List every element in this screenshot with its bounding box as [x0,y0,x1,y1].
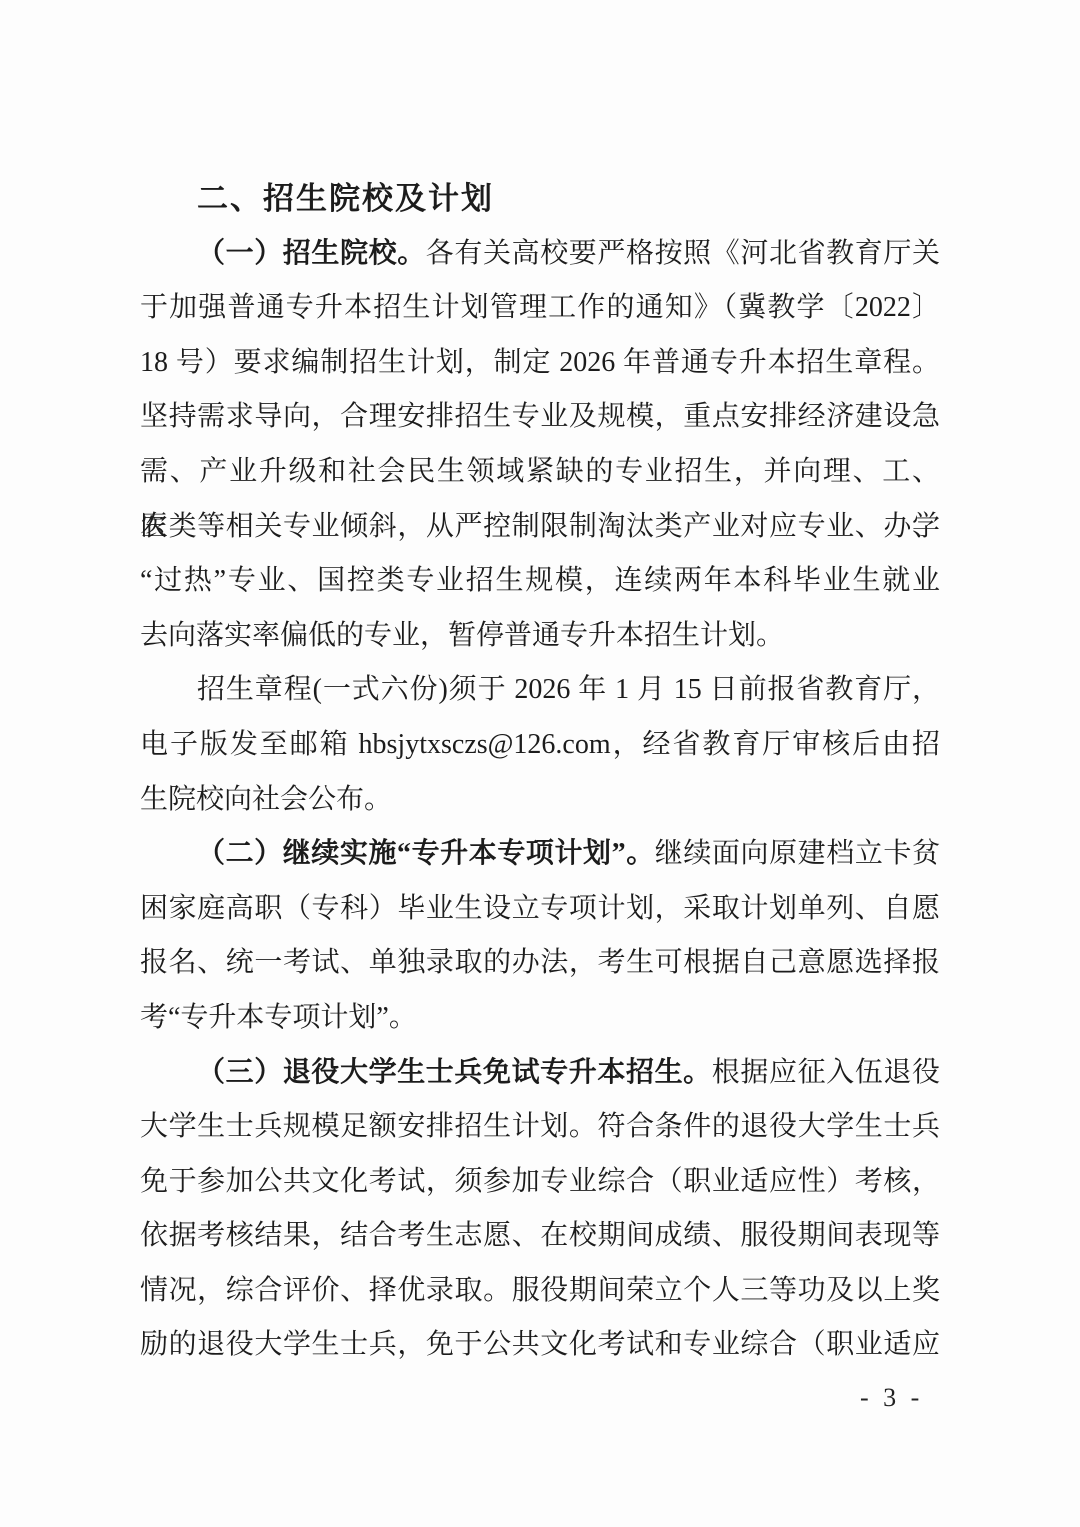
text-segment: 情况，综合评价、择优录取。服役期间荣立个人三等功及以上奖 [140,1275,940,1306]
text-segment: 招生章程(一式六份)须于 2026 年 1 月 15 日前报省教育厅， [197,674,940,705]
bold-text-segment: （三）退役大学生士兵免试专升本招生。 [197,1057,712,1088]
bold-text-segment: 二、招生院校及计划 [197,181,494,216]
text-line: 困家庭高职（专科）毕业生设立专项计划，采取计划单列、自愿 [140,882,940,937]
bold-text-segment: （二）继续实施“专升本专项计划”。 [197,838,655,869]
text-line: （二）继续实施“专升本专项计划”。继续面向原建档立卡贫 [140,827,940,882]
text-line: （三）退役大学生士兵免试专升本招生。根据应征入伍退役 [140,1046,940,1101]
section-heading: 二、招生院校及计划 [140,172,940,227]
text-line: “过热”专业、国控类专业招生规模，连续两年本科毕业生就业 [140,554,940,609]
text-segment: 生院校向社会公布。 [140,784,392,815]
text-segment: 于加强普通专升本招生计划管理工作的通知》（冀教学〔2022〕 [140,292,940,323]
text-segment: 去向落实率偏低的专业，暂停普通专升本招生计划。 [140,620,784,651]
text-segment: 困家庭高职（专科）毕业生设立专项计划，采取计划单列、自愿 [140,893,940,924]
text-segment: 电子版发至邮箱 hbsjytxsczs@126.com，经省教育厅审核后由招 [140,729,940,760]
text-line: 生院校向社会公布。 [140,773,940,828]
text-line: 情况，综合评价、择优录取。服役期间荣立个人三等功及以上奖 [140,1264,940,1319]
text-line: 医类等相关专业倾斜，从严控制限制淘汰类产业对应专业、办学 [140,500,940,555]
text-segment: 大学生士兵规模足额安排招生计划。符合条件的退役大学生士兵 [140,1111,940,1142]
text-segment: “过热”专业、国控类专业招生规模，连续两年本科毕业生就业 [140,565,940,596]
text-line: 依据考核结果，结合考生志愿、在校期间成绩、服役期间表现等 [140,1209,940,1264]
text-segment: 18 号）要求编制招生计划，制定 2026 年普通专升本招生章程。 [140,347,940,378]
document-body: 二、招生院校及计划（一）招生院校。各有关高校要严格按照《河北省教育厅关于加强普通… [140,172,940,1373]
text-line: 励的退役大学生士兵，免于公共文化考试和专业综合（职业适应 [140,1318,940,1373]
text-segment: 免于参加公共文化考试，须参加专业综合（职业适应性）考核， [140,1166,940,1197]
text-segment: 考“专升本专项计划”。 [140,1002,417,1033]
bold-text-segment: （一）招生院校。 [197,238,426,269]
text-segment: 励的退役大学生士兵，免于公共文化考试和专业综合（职业适应 [140,1329,940,1360]
text-segment: 根据应征入伍退役 [712,1057,940,1088]
document-page: 二、招生院校及计划（一）招生院校。各有关高校要严格按照《河北省教育厅关于加强普通… [0,0,1080,1527]
text-line: 考“专升本专项计划”。 [140,991,940,1046]
text-line: 需、产业升级和社会民生领域紧缺的专业招生，并向理、工、农、 [140,445,940,500]
text-segment: 报名、统一考试、单独录取的办法，考生可根据自己意愿选择报 [140,947,940,978]
text-line: 电子版发至邮箱 hbsjytxsczs@126.com，经省教育厅审核后由招 [140,718,940,773]
text-line: 于加强普通专升本招生计划管理工作的通知》（冀教学〔2022〕 [140,281,940,336]
text-line: 招生章程(一式六份)须于 2026 年 1 月 15 日前报省教育厅， [140,663,940,718]
text-line: 坚持需求导向，合理安排招生专业及规模，重点安排经济建设急 [140,390,940,445]
text-segment: 医类等相关专业倾斜，从严控制限制淘汰类产业对应专业、办学 [140,511,940,542]
text-segment: 继续面向原建档立卡贫 [655,838,940,869]
text-segment: 各有关高校要严格按照《河北省教育厅关 [426,238,940,269]
text-line: 报名、统一考试、单独录取的办法，考生可根据自己意愿选择报 [140,936,940,991]
text-segment: 坚持需求导向，合理安排招生专业及规模，重点安排经济建设急 [140,401,940,432]
text-line: 18 号）要求编制招生计划，制定 2026 年普通专升本招生章程。 [140,336,940,391]
text-line: 免于参加公共文化考试，须参加专业综合（职业适应性）考核， [140,1155,940,1210]
text-line: 大学生士兵规模足额安排招生计划。符合条件的退役大学生士兵 [140,1100,940,1155]
text-line: （一）招生院校。各有关高校要严格按照《河北省教育厅关 [140,227,940,282]
text-segment: 依据考核结果，结合考生志愿、在校期间成绩、服役期间表现等 [140,1220,940,1251]
text-line: 去向落实率偏低的专业，暂停普通专升本招生计划。 [140,609,940,664]
page-number: - 3 - [860,1383,923,1413]
